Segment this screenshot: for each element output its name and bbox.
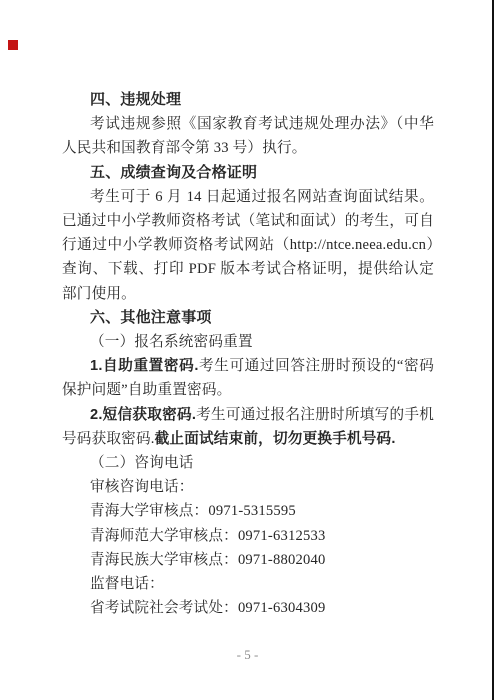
bold-text-run: 2.短信获取密码. <box>90 407 196 423</box>
document-paragraph: 1.自助重置密码.考生可通过回答注册时预设的“密码保护问题”自助重置密码。 <box>62 354 434 402</box>
document-paragraph: 审核咨询电话： <box>62 475 434 499</box>
bold-text-run: 1.自助重置密码. <box>90 358 199 374</box>
text-run: （二）咨询电话 <box>90 455 194 471</box>
page-number: - 5 - <box>0 647 495 663</box>
document-heading: 六、其他注意事项 <box>62 306 434 330</box>
document-paragraph: （一）报名系统密码重置 <box>62 330 434 354</box>
document-paragraph: 青海大学审核点：0971-5315595 <box>62 499 434 523</box>
text-run: 审核咨询电话： <box>90 479 194 495</box>
document-content: 四、违规处理考试违规参照《国家教育考试违规处理办法》（中华人民共和国教育部令第 … <box>62 88 434 620</box>
page-right-border <box>492 0 494 700</box>
text-run: 考试违规参照《国家教育考试违规处理办法》（中华人民共和国教育部令第 33 号）执… <box>62 116 434 156</box>
text-run: 青海民族大学审核点：0971-8802040 <box>90 552 325 568</box>
text-run: 监督电话： <box>90 576 164 592</box>
document-paragraph: （二）咨询电话 <box>62 451 434 475</box>
document-paragraph: 2.短信获取密码.考生可通过报名注册时所填写的手机号码获取密码.截止面试结束前，… <box>62 403 434 451</box>
text-run: （一）报名系统密码重置 <box>90 334 253 350</box>
document-paragraph: 省考试院社会考试处：0971-6304309 <box>62 596 434 620</box>
text-run: 考生可于 6 月 14 日起通过报名网站查询面试结果。已通过中小学教师资格考试（… <box>62 189 434 302</box>
document-paragraph: 青海师范大学审核点：0971-6312533 <box>62 524 434 548</box>
document-paragraph: 考生可于 6 月 14 日起通过报名网站查询面试结果。已通过中小学教师资格考试（… <box>62 185 434 306</box>
document-heading: 四、违规处理 <box>62 88 434 112</box>
document-paragraph: 考试违规参照《国家教育考试违规处理办法》（中华人民共和国教育部令第 33 号）执… <box>62 112 434 160</box>
text-run: 省考试院社会考试处：0971-6304309 <box>90 600 325 616</box>
document-paragraph: 监督电话： <box>62 572 434 596</box>
text-run: 青海大学审核点：0971-5315595 <box>90 503 296 519</box>
corner-mark <box>8 40 18 50</box>
document-page: 四、违规处理考试违规参照《国家教育考试违规处理办法》（中华人民共和国教育部令第 … <box>0 0 495 700</box>
document-heading: 五、成绩查询及合格证明 <box>62 161 434 185</box>
bold-text-run: 四、违规处理 <box>90 91 181 108</box>
bold-text-run: 截止面试结束前，切勿更换手机号码. <box>155 431 396 447</box>
document-paragraph: 青海民族大学审核点：0971-8802040 <box>62 548 434 572</box>
bold-text-run: 五、成绩查询及合格证明 <box>90 164 257 181</box>
bold-text-run: 六、其他注意事项 <box>90 309 212 326</box>
text-run: 青海师范大学审核点：0971-6312533 <box>90 528 325 544</box>
